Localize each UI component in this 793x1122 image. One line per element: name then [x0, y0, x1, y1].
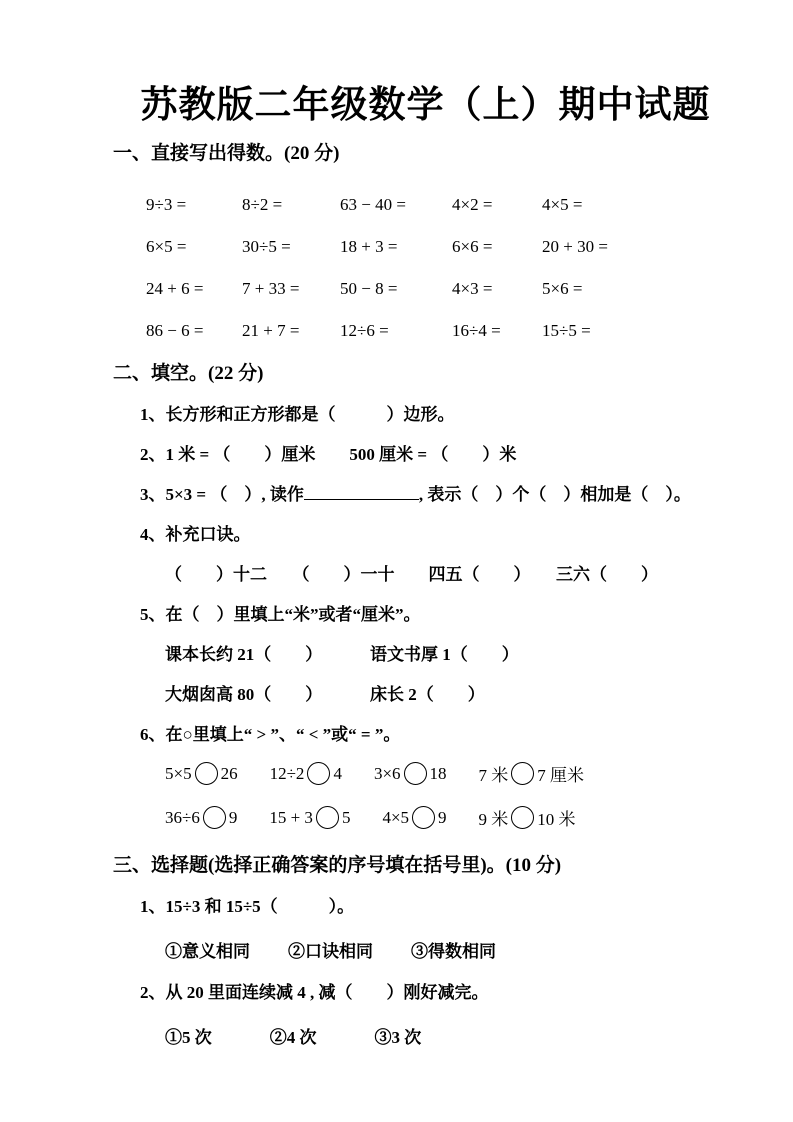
comparison-circle-blank — [195, 762, 218, 785]
comparison-row-1: 5×526 12÷24 3×618 7 米7 厘米 — [165, 760, 738, 788]
math-problem: 6×5 = — [146, 238, 242, 256]
section3-heading: 三、选择题(选择正确答案的序号填在括号里)。(10 分) — [113, 856, 738, 876]
comparison-left: 36÷6 — [165, 808, 200, 828]
comparison-item: 5×526 — [165, 762, 238, 785]
comparison-circle-blank — [404, 762, 427, 785]
comparison-item: 4×59 — [382, 806, 446, 829]
comparison-right: 26 — [221, 764, 238, 784]
comparison-right: 9 — [229, 808, 238, 828]
comparison-right: 5 — [342, 808, 351, 828]
comparison-right: 4 — [333, 764, 342, 784]
math-problem: 16÷4 = — [452, 322, 542, 340]
comparison-item: 9 米10 米 — [479, 805, 576, 830]
fill-item-4: 4、补充口诀。 — [140, 525, 738, 544]
comparison-left: 12÷2 — [270, 764, 305, 784]
comparison-left: 7 米 — [479, 761, 509, 786]
option-3: ③3 次 — [375, 1023, 422, 1048]
fill-item-3-pre: 3、5×3 = （ ）, 读作 — [140, 485, 304, 504]
option-2: ②4 次 — [270, 1023, 317, 1048]
math-problem: 9÷3 = — [146, 196, 242, 214]
math-problem: 21 + 7 = — [242, 322, 340, 340]
comparison-left: 4×5 — [382, 808, 409, 828]
fill-item-3-post: , 表示（ ）个（ ）相加是（ ）。 — [419, 485, 691, 504]
comparison-item: 3×618 — [374, 762, 447, 785]
comparison-circle-blank — [412, 806, 435, 829]
section2-heading: 二、填空。(22 分) — [113, 364, 738, 384]
comparison-circle-blank — [511, 806, 534, 829]
comparison-right: 10 米 — [537, 805, 575, 830]
math-problem: 86 − 6 = — [146, 322, 242, 340]
option-1: ①5 次 — [165, 1023, 212, 1048]
fill-item-1: 1、长方形和正方形都是（ ）边形。 — [140, 405, 738, 424]
unit-blank-chimney: 大烟囱高 80（ ） — [165, 685, 370, 704]
fill-item-5: 5、在（ ）里填上“米”或者“厘米”。 — [140, 605, 738, 624]
comparison-circle-blank — [316, 806, 339, 829]
option-1: ①意义相同 — [165, 937, 250, 962]
math-problem: 4×3 = — [452, 280, 542, 298]
comparison-right: 7 厘米 — [537, 761, 584, 786]
math-problem: 63 − 40 = — [340, 196, 452, 214]
comparison-left: 3×6 — [374, 764, 401, 784]
math-problem: 6×6 = — [452, 238, 542, 256]
section1-heading: 一、直接写出得数。(20 分) — [113, 144, 738, 164]
fill-item-3: 3、5×3 = （ ）, 读作, 表示（ ）个（ ）相加是（ ）。 — [140, 485, 738, 504]
unit-blank-chinese-book: 语文书厚 1（ ） — [370, 645, 519, 664]
comparison-left: 9 米 — [479, 805, 509, 830]
comparison-right: 18 — [430, 764, 447, 784]
test-paper-page: 苏教版二年级数学（上）期中试题 一、直接写出得数。(20 分) 9÷3 = 8÷… — [0, 0, 793, 1122]
fill-item-5-row2: 大烟囱高 80（ ）床长 2（ ） — [165, 685, 738, 704]
math-problem: 18 + 3 = — [340, 238, 452, 256]
comparison-circle-blank — [307, 762, 330, 785]
document-title: 苏教版二年级数学（上）期中试题 — [113, 0, 738, 127]
choice-question-1: 1、15÷3 和 15÷5（ ）。 — [140, 897, 738, 916]
math-problem: 4×2 = — [452, 196, 542, 214]
math-problem: 7 + 33 = — [242, 280, 340, 298]
section1-problem-grid: 9÷3 = 8÷2 = 63 − 40 = 4×2 = 4×5 = 6×5 = … — [146, 172, 738, 340]
choice-question-2-options: ①5 次 ②4 次 ③3 次 — [165, 1023, 738, 1048]
comparison-item: 15 + 35 — [269, 806, 350, 829]
math-problem: 24 + 6 = — [146, 280, 242, 298]
comparison-circle-blank — [511, 762, 534, 785]
math-problem: 30÷5 = — [242, 238, 340, 256]
comparison-right: 9 — [438, 808, 447, 828]
unit-blank-textbook: 课本长约 21（ ） — [165, 645, 370, 664]
fill-item-2: 2、1 米 = （ ）厘米 500 厘米 = （ ）米 — [140, 445, 738, 464]
answer-blank-underline — [304, 485, 419, 500]
choice-question-2: 2、从 20 里面连续减 4 , 减（ ）刚好减完。 — [140, 983, 738, 1002]
unit-blank-bed: 床长 2（ ） — [370, 685, 485, 704]
comparison-left: 15 + 3 — [269, 808, 313, 828]
comparison-left: 5×5 — [165, 764, 192, 784]
fill-item-6: 6、在○里填上“ > ”、“ < ”或“ = ”。 — [140, 725, 738, 744]
fill-item-4-blanks: （ ）十二 （ ）一十 四五（ ） 三六（ ） — [165, 565, 738, 584]
math-problem: 20 + 30 = — [542, 238, 652, 256]
option-2: ②口诀相同 — [288, 937, 373, 962]
math-problem: 4×5 = — [542, 196, 652, 214]
math-problem: 15÷5 = — [542, 322, 652, 340]
fill-item-5-row1: 课本长约 21（ ）语文书厚 1（ ） — [165, 645, 738, 664]
comparison-item: 36÷69 — [165, 806, 237, 829]
math-problem: 8÷2 = — [242, 196, 340, 214]
choice-question-1-options: ①意义相同 ②口诀相同 ③得数相同 — [165, 937, 738, 962]
math-problem: 12÷6 = — [340, 322, 452, 340]
comparison-item: 12÷24 — [270, 762, 342, 785]
math-problem: 5×6 = — [542, 280, 652, 298]
option-3: ③得数相同 — [411, 937, 496, 962]
comparison-item: 7 米7 厘米 — [479, 761, 585, 786]
math-problem: 50 − 8 = — [340, 280, 452, 298]
comparison-row-2: 36÷69 15 + 35 4×59 9 米10 米 — [165, 804, 738, 832]
comparison-circle-blank — [203, 806, 226, 829]
